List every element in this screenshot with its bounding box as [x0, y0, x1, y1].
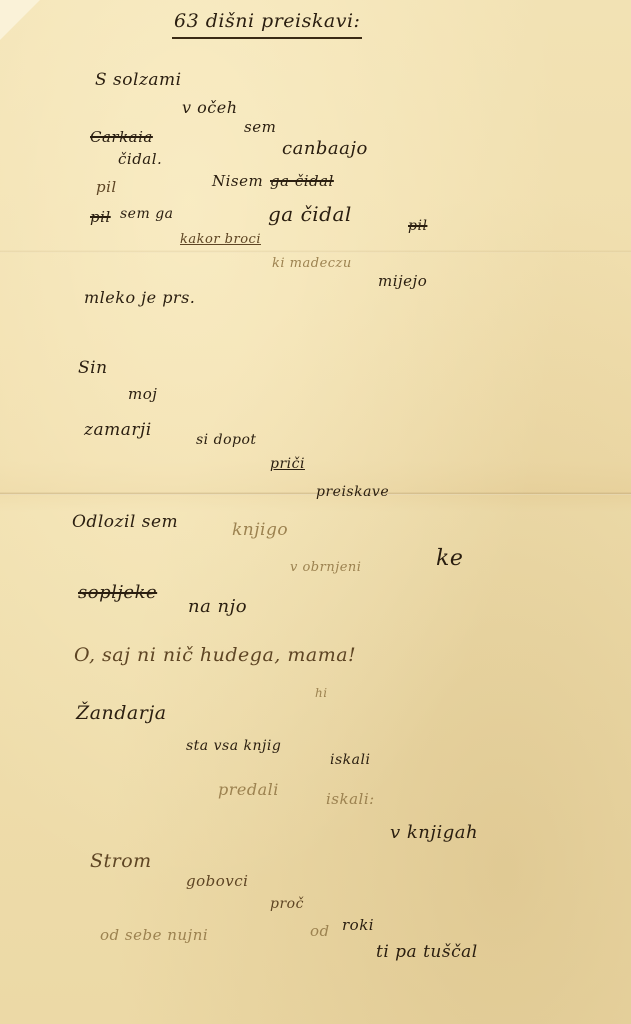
- handwritten-line: proč: [270, 896, 304, 912]
- handwritten-line: pil: [408, 218, 427, 234]
- handwritten-line: S solzami: [95, 70, 182, 90]
- handwritten-line: mleko je prs.: [84, 288, 195, 307]
- document-title: 63 dišni preiskavi:: [174, 10, 360, 32]
- paper-fold-line-upper: [0, 250, 631, 253]
- handwritten-line: roki: [342, 916, 374, 934]
- handwritten-line: v knjigah: [390, 822, 478, 843]
- handwritten-line: si dopot: [196, 432, 257, 448]
- manuscript-page: 63 dišni preiskavi: S solzamiv očehsemca…: [0, 0, 631, 1024]
- handwritten-line: knjigo: [232, 520, 288, 540]
- handwritten-line: Odlozil sem: [72, 512, 178, 532]
- title-underline: [172, 37, 362, 39]
- handwritten-line: preiskave: [316, 484, 389, 500]
- handwritten-line: ga čidal: [268, 202, 352, 226]
- handwritten-line: ki madeczu: [272, 256, 352, 271]
- handwritten-line: sem: [244, 118, 276, 136]
- handwritten-line: hi: [315, 686, 328, 700]
- handwritten-line: sta vsa knjig: [186, 738, 281, 754]
- handwritten-line: od: [310, 922, 330, 940]
- handwritten-line: ti pa tuščal: [376, 942, 478, 962]
- handwritten-line: v obrnjeni: [290, 560, 361, 575]
- handwritten-line: Sin: [78, 358, 108, 378]
- handwritten-line: predali: [218, 780, 279, 799]
- handwritten-line: iskali:: [326, 790, 375, 808]
- handwritten-line: Carkaia: [90, 128, 153, 146]
- handwritten-line: zamarji: [84, 420, 152, 440]
- handwritten-line: sopljeke: [78, 582, 157, 603]
- handwritten-line: sem ga: [120, 206, 174, 222]
- handwritten-line: moj: [128, 385, 157, 403]
- handwritten-line: kakor broci: [180, 232, 261, 247]
- handwritten-line: canbaajo: [282, 138, 368, 159]
- torn-corner: [0, 0, 40, 40]
- handwritten-line: ke: [436, 546, 463, 571]
- handwritten-line: O, saj ni nič hudega, mama!: [74, 644, 356, 666]
- handwritten-line: čidal.: [118, 150, 162, 168]
- handwritten-line: pil: [90, 208, 111, 226]
- handwritten-line: mijejo: [378, 272, 427, 290]
- handwritten-line: na njo: [188, 596, 247, 617]
- handwritten-line: od sebe nujni: [100, 926, 208, 944]
- handwritten-line: priči: [270, 456, 305, 472]
- handwritten-line: gobovci: [186, 872, 248, 890]
- handwritten-line: v očeh: [182, 98, 238, 117]
- handwritten-line: ga čidal: [270, 172, 334, 190]
- handwritten-line: pil: [96, 178, 117, 196]
- handwritten-line: Žandarja: [76, 702, 167, 724]
- handwritten-line: Nisem: [212, 172, 263, 190]
- handwritten-line: iskali: [330, 752, 370, 768]
- handwritten-line: Strom: [90, 850, 152, 872]
